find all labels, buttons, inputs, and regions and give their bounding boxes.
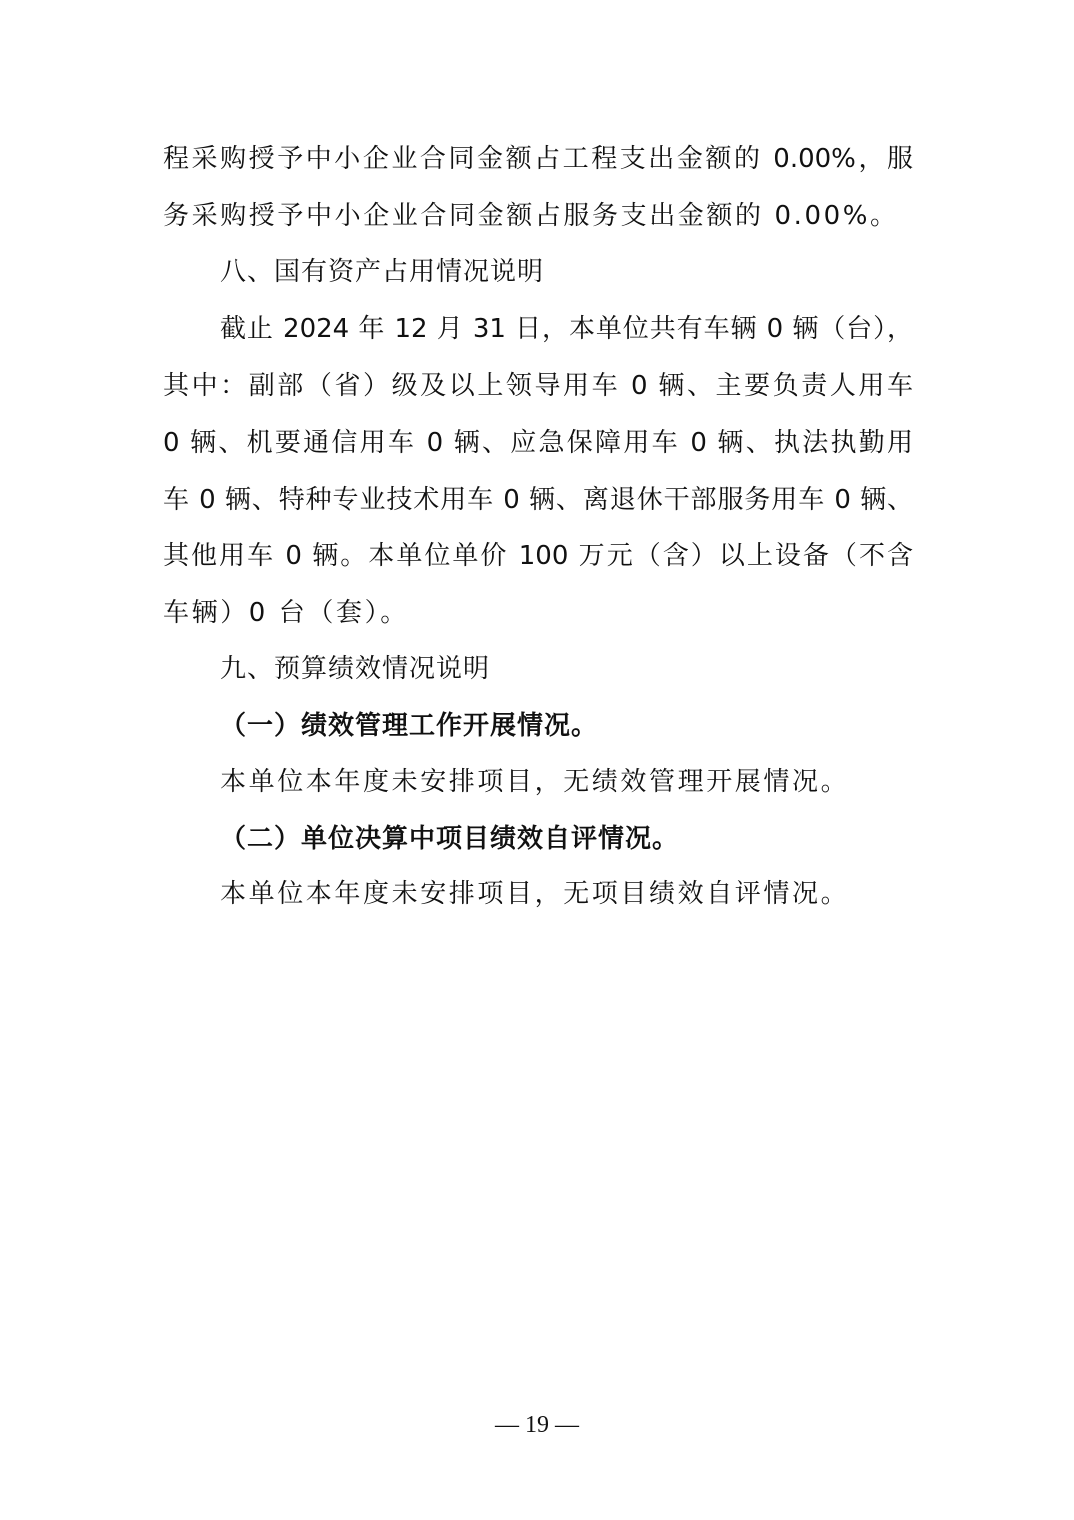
paragraph-line: 程采购授予中小企业合同金额占工程支出金额的 0.00%，服 <box>163 143 913 175</box>
paragraph-line: 务采购授予中小企业合同金额占服务支出金额的 0.00%。 <box>163 200 913 232</box>
section-heading-8: 八、国有资产占用情况说明 <box>220 256 970 288</box>
paragraph-line: 本单位本年度未安排项目，无项目绩效自评情况。 <box>220 878 970 910</box>
paragraph-line: 0 辆、机要通信用车 0 辆、应急保障用车 0 辆、执法执勤用 <box>163 427 913 459</box>
page-number: — 19 — <box>0 1410 1074 1440</box>
paragraph-line: 其中：副部（省）级及以上领导用车 0 辆、主要负责人用车 <box>163 370 913 402</box>
subheading-1: （一）绩效管理工作开展情况。 <box>220 710 970 742</box>
paragraph-line: 截止 2024 年 12 月 31 日，本单位共有车辆 0 辆（台）， <box>220 313 913 345</box>
document-page: 程采购授予中小企业合同金额占工程支出金额的 0.00%，服 务采购授予中小企业合… <box>0 0 1074 1520</box>
section-heading-9: 九、预算绩效情况说明 <box>220 653 970 685</box>
paragraph-line: 车 0 辆、特种专业技术用车 0 辆、离退休干部服务用车 0 辆、 <box>163 484 913 516</box>
paragraph-line: 车辆）0 台（套）。 <box>163 597 913 629</box>
paragraph-line: 本单位本年度未安排项目，无绩效管理开展情况。 <box>220 766 970 798</box>
subheading-2: （二）单位决算中项目绩效自评情况。 <box>220 823 970 855</box>
paragraph-line: 其他用车 0 辆。本单位单价 100 万元（含）以上设备（不含 <box>163 540 913 572</box>
